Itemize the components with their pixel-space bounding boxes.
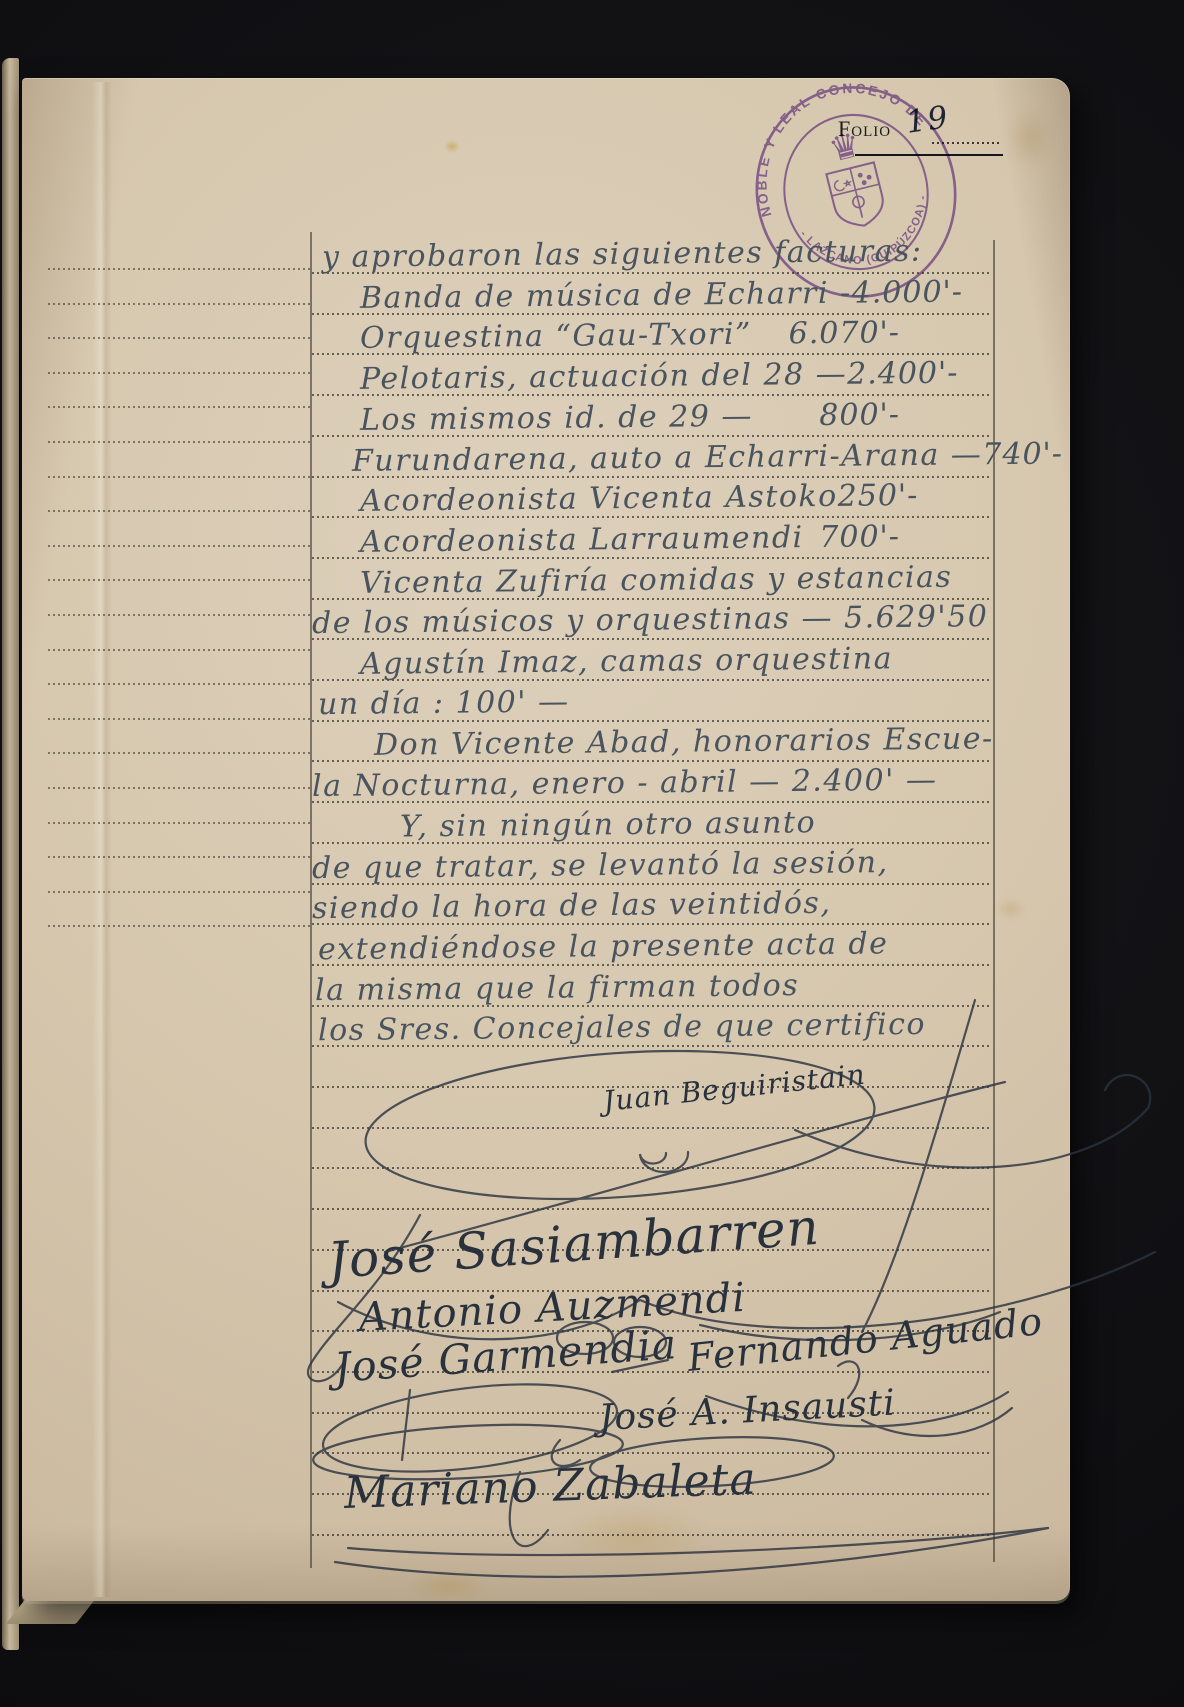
signature-flourishes [0,0,1184,1707]
photographed-ledger-page: { "folio": { "label": "Folio", "number":… [0,0,1184,1707]
